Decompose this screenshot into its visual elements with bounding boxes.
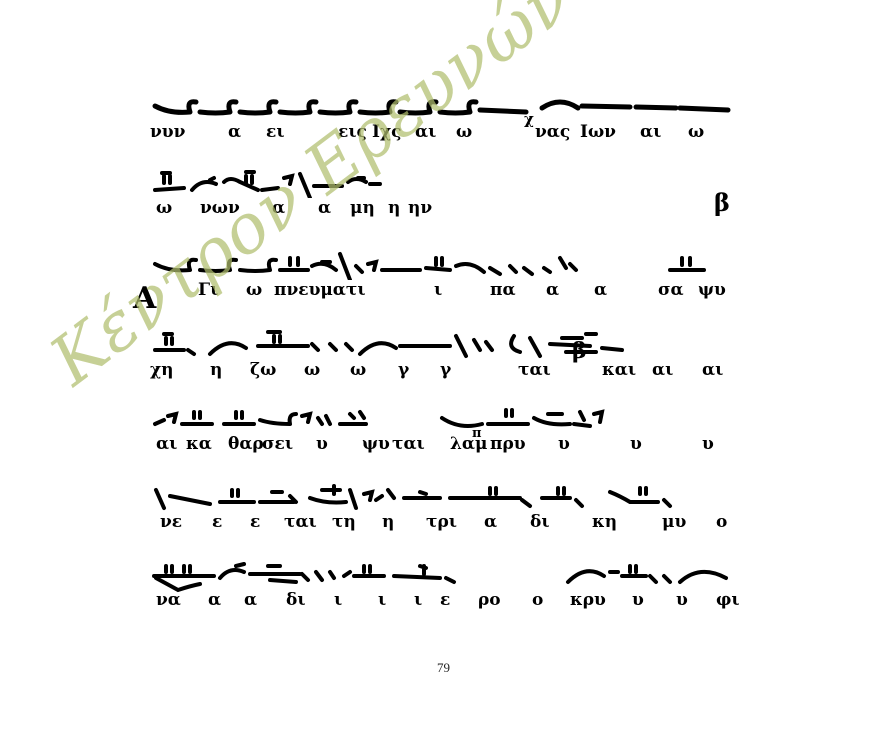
- syllable: ει: [266, 122, 285, 142]
- syllable: δι: [530, 512, 550, 532]
- martyria-sign: π: [472, 426, 482, 441]
- syllable: κρυ: [570, 590, 606, 610]
- syllable: γ: [440, 360, 451, 380]
- syllable: η: [388, 198, 400, 218]
- lyric-row: νε ε ε ται τη η τρι α δι κη μυ ο: [150, 512, 740, 536]
- syllable: μη: [350, 198, 375, 218]
- syllable: Ιχς: [372, 122, 401, 142]
- syllable: ω: [688, 122, 704, 142]
- lyric-row: ω νων α α μη η ην: [150, 198, 740, 222]
- syllable: α: [228, 122, 241, 142]
- syllable: τρι: [426, 512, 457, 532]
- syllable: ζω: [250, 360, 276, 380]
- syllable: ε: [440, 590, 450, 610]
- lyric-row: αι κα θαρ σει υ ψυ ται λαμ πρυ υ υ υ: [150, 434, 740, 458]
- lyric-row: Γι ω πνευματι ι πα α α σα ψυ: [150, 280, 740, 304]
- neume-row: [150, 482, 740, 512]
- syllable: δι: [286, 590, 306, 610]
- syllable: νυν: [150, 122, 185, 142]
- syllable: ι: [414, 590, 422, 610]
- syllable: ην: [408, 198, 432, 218]
- syllable: ο: [532, 590, 543, 610]
- syllable: αι: [652, 360, 673, 380]
- syllable: ω: [304, 360, 320, 380]
- syllable: ε: [212, 512, 222, 532]
- neume-row: [150, 404, 740, 434]
- syllable: θαρ: [228, 434, 264, 454]
- syllable: α: [272, 198, 285, 218]
- syllable: ι: [434, 280, 442, 300]
- syllable: χη: [150, 360, 174, 380]
- syllable: υ: [676, 590, 688, 610]
- syllable: α: [244, 590, 257, 610]
- syllable: η: [210, 360, 222, 380]
- syllable: α: [208, 590, 221, 610]
- syllable: πρυ: [490, 434, 526, 454]
- lyric-row: νυν α ει εις Ιχς αι ω νας Ιων αι ω: [150, 122, 740, 146]
- syllable: αι: [415, 122, 436, 142]
- neume-glyphs: [150, 92, 740, 122]
- syllable: ο: [716, 512, 727, 532]
- neume-row: [150, 250, 740, 280]
- syllable: ται: [284, 512, 317, 532]
- syllable: μυ: [662, 512, 686, 532]
- neume-glyphs: [150, 482, 740, 512]
- syllable: ω: [246, 280, 262, 300]
- syllable: α: [594, 280, 607, 300]
- syllable: σει: [262, 434, 293, 454]
- syllable: υ: [558, 434, 570, 454]
- syllable: ψυ: [362, 434, 390, 454]
- syllable: πα: [490, 280, 516, 300]
- syllable: ω: [156, 198, 172, 218]
- syllable: εις: [338, 122, 367, 142]
- syllable: γ: [398, 360, 409, 380]
- syllable: αι: [702, 360, 723, 380]
- chant-line-1: νυν α ει εις Ιχς αι ω νας Ιων αι ω: [150, 92, 740, 146]
- martyria-sign: β: [572, 338, 587, 364]
- syllable: νας: [535, 122, 570, 142]
- syllable: αι: [640, 122, 661, 142]
- neume-glyphs: [150, 404, 740, 434]
- neume-glyphs: [150, 330, 740, 360]
- syllable: αι: [156, 434, 177, 454]
- neume-row: [150, 92, 740, 122]
- syllable: υ: [632, 590, 644, 610]
- syllable: α: [484, 512, 497, 532]
- neume-row: [150, 560, 740, 590]
- syllable: ρο: [478, 590, 501, 610]
- martyria-sign: χ: [524, 110, 534, 128]
- neume-row: [150, 168, 740, 198]
- syllable: τη: [332, 512, 356, 532]
- syllable: Ιων: [580, 122, 616, 142]
- syllable: νε: [160, 512, 182, 532]
- chant-line-4: χη η ζω ω ω γ γ ται και αι αι: [150, 330, 740, 384]
- syllable: κη: [592, 512, 617, 532]
- neume-glyphs: [150, 168, 740, 198]
- syllable: ι: [378, 590, 386, 610]
- neume-row: [150, 330, 740, 360]
- lyric-row: χη η ζω ω ω γ γ ται και αι αι: [150, 360, 740, 384]
- syllable: υ: [630, 434, 642, 454]
- syllable: ε: [250, 512, 260, 532]
- neume-glyphs: [150, 250, 740, 280]
- syllable: η: [382, 512, 394, 532]
- chant-line-5: αι κα θαρ σει υ ψυ ται λαμ πρυ υ υ υ: [150, 404, 740, 458]
- syllable: ι: [334, 590, 342, 610]
- martyria-sign: β: [714, 188, 730, 217]
- syllable: ται: [392, 434, 425, 454]
- syllable: ω: [350, 360, 366, 380]
- chant-line-3: Γι ω πνευματι ι πα α α σα ψυ: [150, 250, 740, 304]
- syllable: α: [318, 198, 331, 218]
- syllable: σα: [658, 280, 684, 300]
- syllable: πνευματι: [274, 280, 366, 300]
- music-page: νυν α ει εις Ιχς αι ω νας Ιων αι ω χ: [0, 0, 896, 737]
- syllable: νων: [200, 198, 240, 218]
- chant-line-2: ω νων α α μη η ην: [150, 168, 740, 222]
- page-number: 79: [437, 660, 450, 676]
- chant-line-6: νε ε ε ται τη η τρι α δι κη μυ ο: [150, 482, 740, 536]
- syllable: ται: [518, 360, 551, 380]
- syllable: να: [156, 590, 181, 610]
- chant-line-7: να α α δι ι ι ι ε ρο ο κρυ υ υ φι: [150, 560, 740, 614]
- syllable: κα: [186, 434, 212, 454]
- syllable: α: [546, 280, 559, 300]
- syllable: ω: [456, 122, 472, 142]
- syllable: φι: [716, 590, 740, 610]
- lyric-row: να α α δι ι ι ι ε ρο ο κρυ υ υ φι: [150, 590, 740, 614]
- syllable: υ: [316, 434, 328, 454]
- syllable: υ: [702, 434, 714, 454]
- syllable: ψυ: [698, 280, 726, 300]
- syllable: Γι: [198, 280, 218, 300]
- syllable: και: [602, 360, 636, 380]
